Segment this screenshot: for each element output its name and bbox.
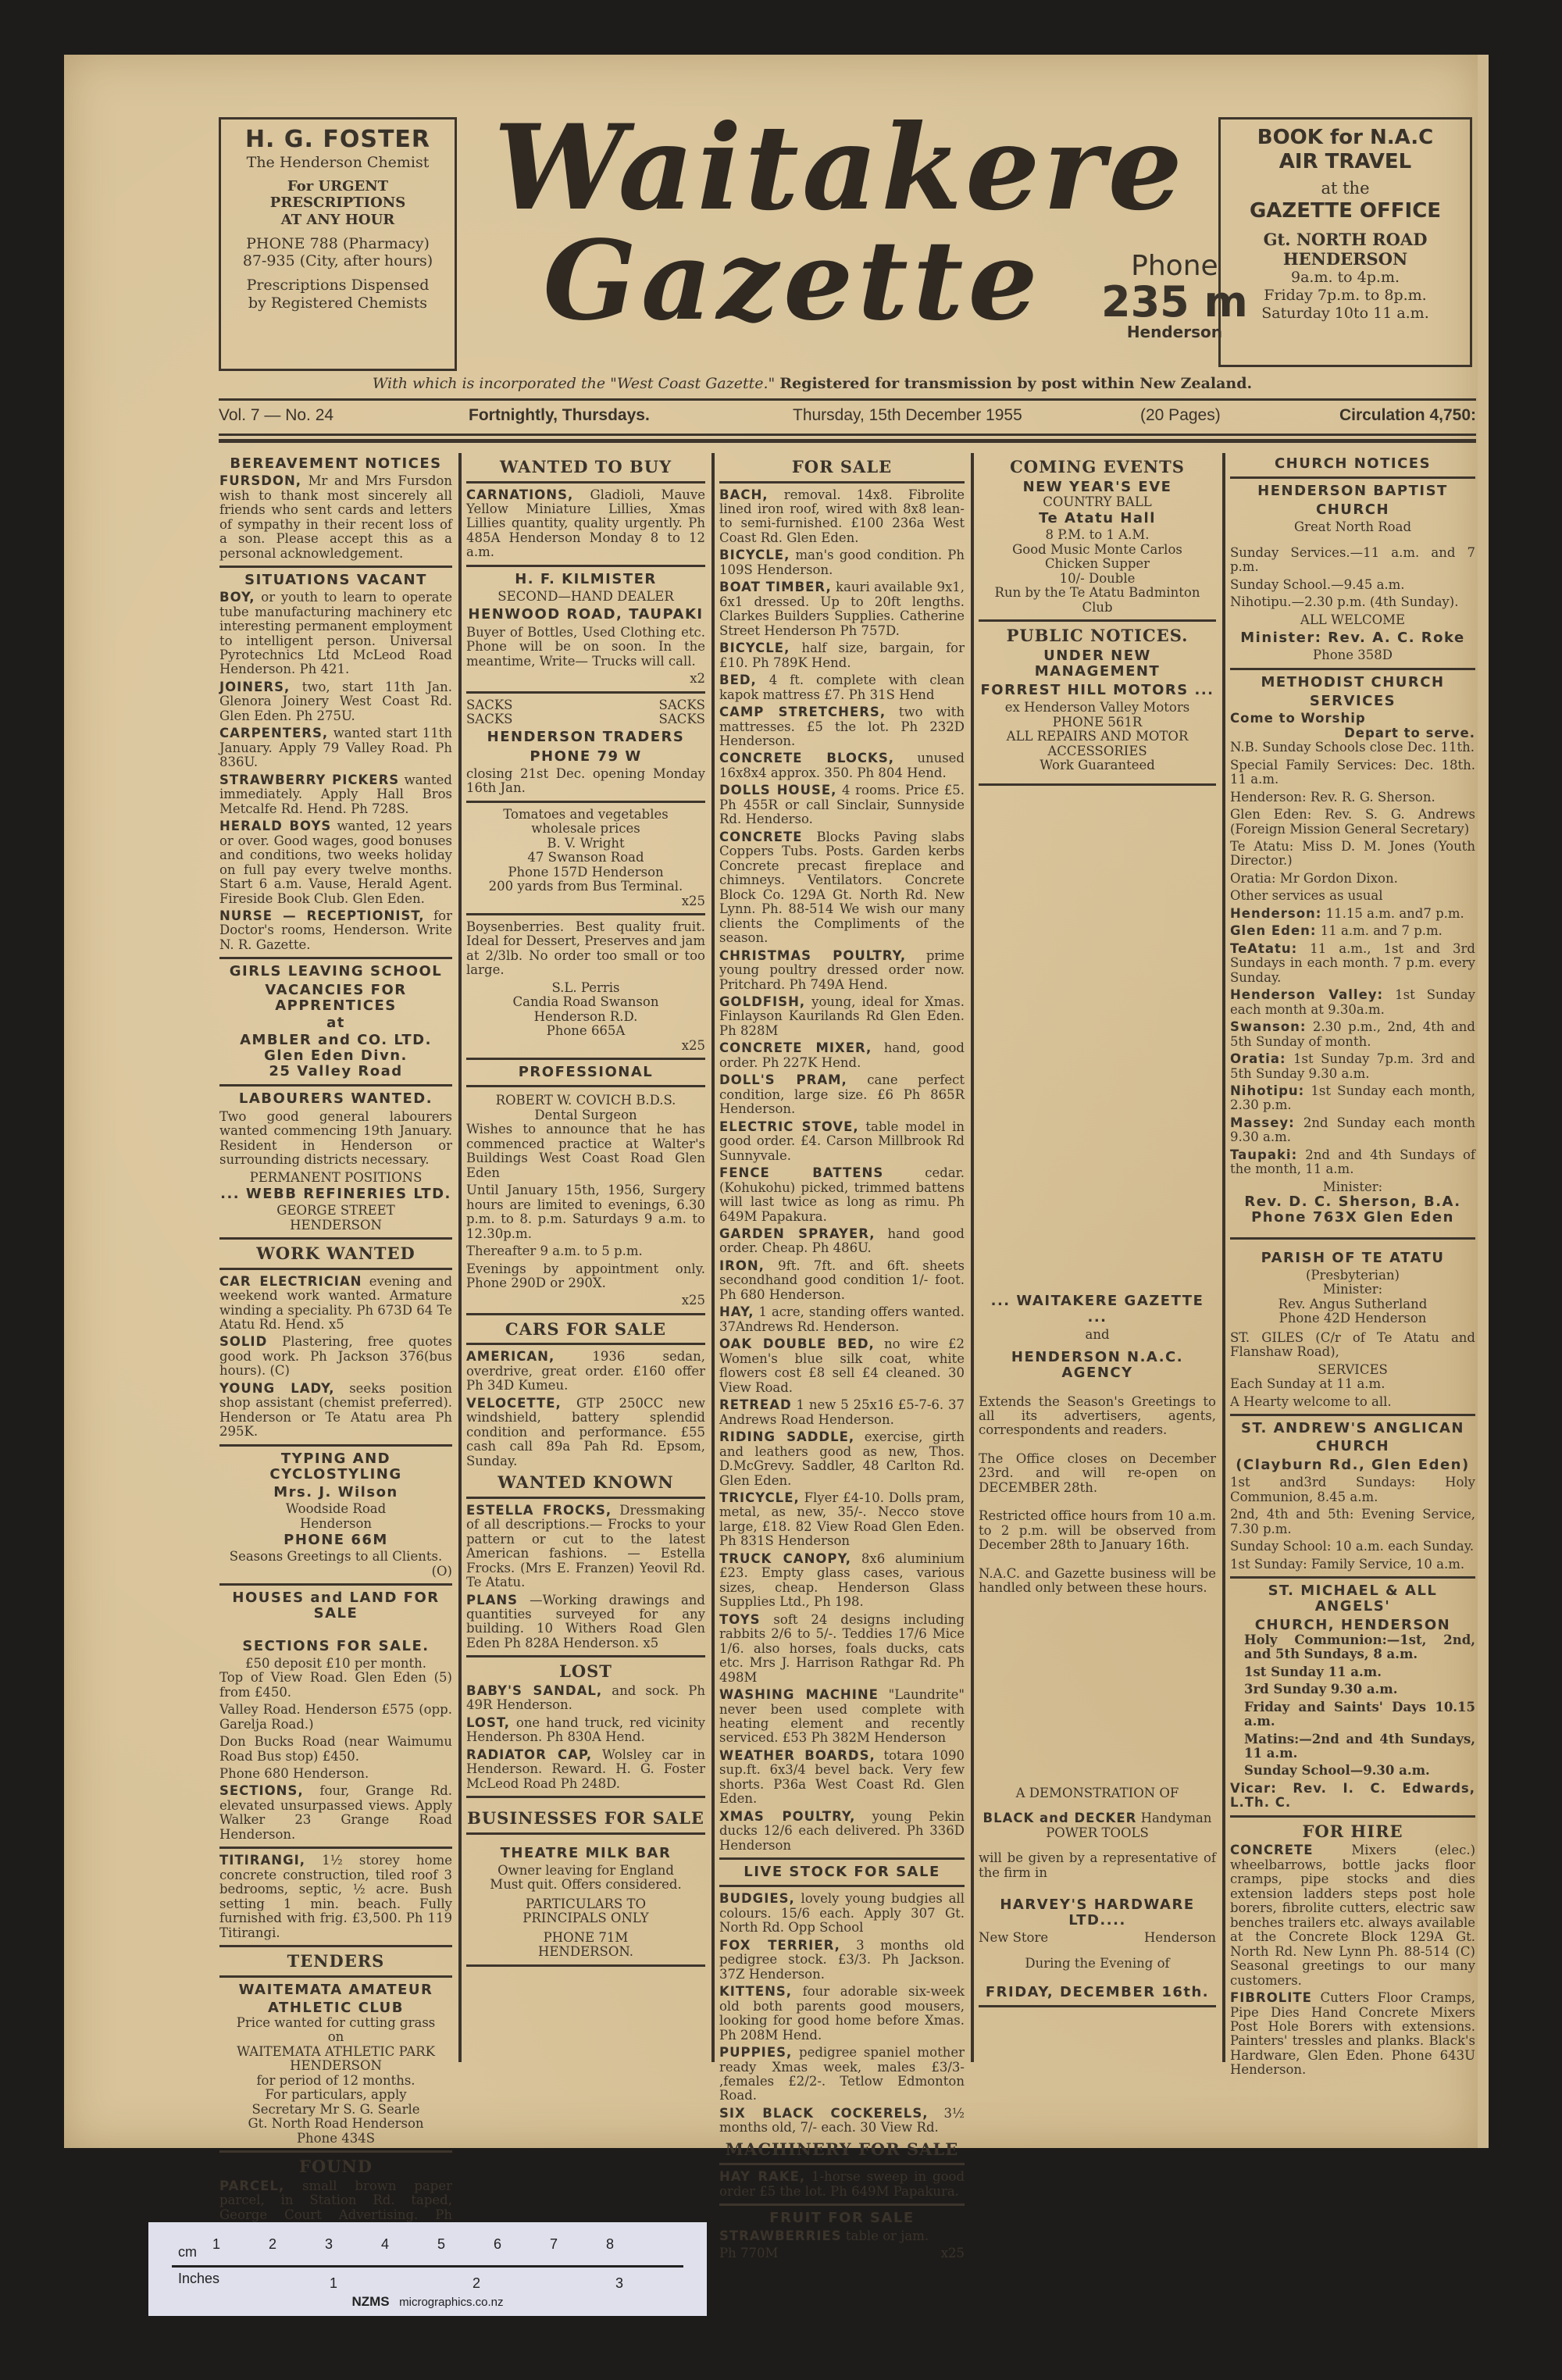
ad-date: FRIDAY, DECEMBER 16th. [979,1985,1216,2000]
divider [219,398,1476,401]
title-line-2: Gazette [375,227,1211,336]
notice-keyword: FURSDON, [219,473,301,488]
ad-line: Phone 665A [466,1024,705,1038]
listing-keyword: CONCRETE [1230,1843,1314,1857]
church-minister: Rev. Angus Sutherland [1230,1297,1475,1311]
ad-address: 25 Valley Road [219,1064,452,1079]
site: micrographics.co.nz [399,2296,503,2309]
listing-keyword: XMAS POULTRY, [719,1809,855,1824]
ad-line: Seasons Greetings to all Clients. [219,1550,452,1564]
cm-tick: 5 [437,2236,445,2253]
listing-keyword: CHRISTMAS POULTRY, [719,948,906,963]
ad-code: (O) [219,1565,452,1579]
divider [466,1655,705,1657]
cm-tick: 6 [494,2236,501,2253]
ad-line: Top of View Road. Glen Eden (5) from £45… [219,1671,452,1700]
page-count: (20 Pages) [1140,406,1221,425]
church-line: (Presbyterian) [1230,1269,1475,1283]
divider [466,801,705,803]
church-minister: Minister: Rev. A. C. Roke [1230,630,1475,646]
ad-heading: SECTIONS FOR SALE. [219,1639,452,1654]
listing: BICYCLE, half size, bargain, for £10. Ph… [719,641,965,670]
tagline-italic: With which is incorporated the "West Coa… [373,375,775,392]
ad-company: AMBLER and CO. LTD. [219,1033,452,1048]
ad-line: Glen Eden Divn. [219,1048,452,1064]
listing: ESTELLA FROCKS, Dressmaking of all descr… [466,1504,705,1590]
listing: HAY, 1 acre, standing offers wanted. 37A… [719,1305,965,1334]
ad-line: ALL REPAIRS AND MOTOR [979,730,1216,744]
church-address: Great North Road [1230,520,1475,534]
church-minister: Vicar: Rev. I. C. Edwards, L.Th. C. [1230,1782,1475,1811]
listing-keyword: FENCE BATTENS [719,1165,883,1180]
cm-tick: 2 [269,2236,276,2253]
ad-text: Thereafter 9 a.m. to 5 p.m. [466,1244,705,1258]
ad-line: Phone 157D Henderson [466,865,705,880]
ad-line: Mrs. J. Wilson [219,1485,452,1500]
church-address: ST. GILES (C/r of Te Atatu and Flanshaw … [1230,1331,1475,1360]
ad-line: HENDERSON. [466,1945,705,1959]
listing-text: table or jam. [846,2228,929,2243]
ad-code: x25 [466,1039,705,1053]
ad-line: Dental Surgeon [466,1108,705,1122]
column-2: WANTED TO BUY CARNATIONS, Gladioli, Mauv… [458,453,710,2062]
ad-text: Two good general labourers wanted commen… [219,1110,452,1168]
ad-line: SACKS [659,698,705,712]
ad-line: PERMANENT POSITIONS [219,1171,452,1185]
listing: JOINERS, two, start 11th Jan. Glenora Jo… [219,680,452,723]
listing-keyword: SOLID [219,1334,267,1349]
notice-heading: ... WAITAKERE GAZETTE ... [979,1293,1216,1325]
cm-label: cm [178,2244,197,2260]
listing: HERALD BOYS wanted, 12 years or over. Go… [219,819,452,906]
scale-ruler: cm Inches 12345678123 NZMS micrographics… [148,2222,707,2316]
divider [466,1497,705,1499]
ad-text: Until January 15th, 1956, Surgery hours … [466,1183,705,1241]
ad-text: Boysenberries. Best quality fruit. Ideal… [466,920,705,978]
listing-text: 11.15 a.m. and7 p.m. [1321,906,1464,921]
listing: RIDING SADDLE, exercise, girth and leath… [719,1430,965,1488]
ad-line: ex Henderson Valley Motors [979,701,1216,715]
nac-air-travel-ad: BOOK for N.A.C AIR TRAVEL at the GAZETTE… [1218,117,1472,367]
methodist-notes: N.B. Sunday Schools close Dec. 11th.Spec… [1230,740,1475,904]
brand: NZMS [351,2294,389,2309]
ad-heading: UNDER NEW MANAGEMENT [979,648,1216,680]
listing: SOLID Plastering, free quotes good work.… [219,1335,452,1378]
listing-keyword: IRON, [719,1258,765,1273]
circulation: Circulation 4,750: [1339,406,1476,425]
ad-line: on [219,2030,452,2044]
divider [1230,476,1475,479]
church-line: A Hearty welcome to all. [1230,1395,1475,1409]
divider [466,1796,705,1798]
listing: PLANS —Working drawings and quantities s… [466,1593,705,1651]
section-heading: PROFESSIONAL [466,1065,705,1080]
listing: BOAT TIMBER, kauri available 9x1, 6x1 dr… [719,580,965,638]
church-name: ST. MICHAEL & ALL ANGELS' [1230,1583,1475,1615]
divider [979,2005,1216,2007]
ad-line: WAITEMATA ATHLETIC PARK [219,2045,452,2059]
listing: VELOCETTE, GTP 250CC new windshield, bat… [466,1397,705,1468]
church-minister: Rev. D. C. Sherson, B.A. [1230,1194,1475,1210]
ad-line: SACKS [466,698,512,712]
church-motto: Depart to serve. [1230,726,1475,740]
ad-heading: WAITEMATA AMATEUR [219,1982,452,1998]
ad-line: AIR TRAVEL [1229,150,1462,174]
inch-tick: 1 [330,2275,337,2292]
listing-keyword: SECTIONS, [219,1783,304,1798]
live-stock-list: BUDGIES, lovely young budgies all colour… [719,1892,965,2136]
section-heading: BEREAVEMENT NOTICES [219,456,452,472]
ad-line: HENDERSON [219,2059,452,2073]
ad-heading: TYPING AND CYCLOSTYLING [219,1451,452,1483]
listing: Oratia: 1st Sunday 7p.m. 3rd and 5th Sun… [1230,1052,1475,1081]
section-heading: LIVE STOCK FOR SALE [719,1864,965,1880]
divider [1230,1815,1475,1818]
event-venue: Te Atatu Hall [979,511,1216,526]
listing: GOLDFISH, young, ideal for Xmas. Finlays… [719,995,965,1038]
listing: CARNATIONS, Gladioli, Mauve Yellow Minia… [466,488,705,560]
section-heading: FOR HIRE [1230,1822,1475,1841]
divider [219,1268,452,1270]
listing-keyword: RIDING SADDLE, [719,1429,854,1444]
section-heading: TENDERS [219,1952,452,1971]
listing: DOLLS HOUSE, 4 rooms. Price £5. Ph 455R … [719,783,965,826]
listing-keyword: Swanson: [1230,1019,1307,1034]
ad-text: Buyer of Bottles, Used Clothing etc. Pho… [466,626,705,669]
listing-keyword: KITTENS, [719,1984,792,1999]
column-4: COMING EVENTS NEW YEAR'S EVE COUNTRY BAL… [971,453,1221,2062]
text-line: Special Family Services: Dec. 18th. 11 a… [1230,758,1475,787]
ad-company: FORREST HILL MOTORS ... [979,683,1216,698]
listing: BUDGIES, lovely young budgies all colour… [719,1892,965,1935]
divider [719,2203,965,2206]
listing-keyword: BACH, [719,487,769,502]
listing: CAMP STRETCHERS, two with mattresses. £5… [719,705,965,748]
divider [466,1085,705,1087]
blank-space [979,1599,1216,1786]
column-3: FOR SALE BACH, removal. 14x8. Fibrolite … [711,453,969,2062]
listing-keyword: CONCRETE BLOCKS, [719,751,894,765]
divider [719,1885,965,1887]
section-heading: WORK WANTED [219,1244,452,1263]
listing: BOY, or youth to learn to operate tube m… [219,591,452,677]
listing: TOYS soft 24 designs including rabbits 2… [719,1613,965,1685]
ad-line: Work Guaranteed [979,758,1216,773]
divider [219,1847,452,1849]
listing: PUPPIES, pedigree spaniel mother ready X… [719,2046,965,2103]
ad-line: SACKS [659,712,705,726]
listing-keyword: Henderson: [1230,906,1321,921]
inch-tick: 3 [615,2275,623,2292]
divider [1230,1414,1475,1416]
listing-keyword: GARDEN SPRAYER, [719,1226,876,1241]
listing-keyword: BICYCLE, [719,548,790,562]
church-phone: Phone 358D [1230,648,1475,662]
ad-hours: Saturday 10to 11 a.m. [1229,305,1462,323]
service-time: Sunday School.—9.45 a.m. [1230,578,1475,592]
listing-text: 1 acre, standing offers wanted. 37Andrew… [719,1304,965,1333]
section-heading: COMING EVENTS [979,458,1216,476]
listing: IRON, 9ft. 7ft. and 6ft. sheets secondha… [719,1259,965,1302]
section-heading: WANTED TO BUY [466,458,705,476]
ad-heading: APPRENTICES [219,998,452,1014]
listing-text: Mixers (elec.) wheelbarrows, bottle jack… [1230,1843,1475,1987]
ad-heading: LABOURERS WANTED. [219,1091,452,1107]
text-line: Oratia: Mr Gordon Dixon. [1230,872,1475,886]
cm-tick: 7 [550,2236,558,2253]
divider [719,2163,965,2165]
listing-keyword: BUDGIES, [719,1891,795,1906]
ad-phone: Phone 434S [219,2132,452,2146]
ad-heading: GIRLS LEAVING SCHOOL [219,964,452,979]
listing-keyword: ELECTRIC STOVE, [719,1119,859,1134]
listing-keyword: ESTELLA FROCKS, [466,1503,612,1518]
church-name: CHURCH [1230,1439,1475,1454]
listing-keyword: YOUNG LADY, [219,1381,335,1396]
ad-line: 200 yards from Bus Terminal. [466,880,705,894]
listing-keyword: BABY'S SANDAL, [466,1683,602,1698]
church-line: Minister: [1230,1180,1475,1194]
listing: HAY RAKE, 1-horse sweep in good order £5… [719,2170,965,2199]
service-time: Sunday Services.—11 a.m. and 7 p.m. [1230,546,1475,575]
divider [219,1583,452,1586]
listing: Glen Eden: 11 a.m. and 7 p.m. [1230,924,1475,938]
ad-hours: Friday 7p.m. to 8p.m. [1229,287,1462,305]
church-address: (Clayburn Rd., Glen Eden) [1230,1458,1475,1473]
listing-keyword: BOY, [219,590,255,605]
listing: SECTIONS, four, Grange Rd. elevated unsu… [219,1784,452,1842]
listing-keyword: FOX TERRIER, [719,1938,840,1953]
listing: KITTENS, four adorable six-week old both… [719,1985,965,2043]
ad-line: BLACK and DECKER Handyman [979,1811,1216,1825]
listing: SIX BLACK COCKERELS, 3½ months old, 7/- … [719,2107,965,2136]
divider [466,1343,705,1345]
methodist-times: Henderson: 11.15 a.m. and7 p.m.Glen Eden… [1230,907,1475,1177]
ad-line: Handyman [1141,1811,1212,1825]
section-heading: SITUATIONS VACANT [219,573,452,588]
text-line: 1st Sunday 11 a.m. [1244,1665,1475,1679]
ad-line: B. V. Wright [466,837,705,851]
listing: CONCRETE MIXER, hand, good order. Ph 227… [719,1041,965,1070]
ad-heading: VACANCIES FOR [219,983,452,998]
church-name: HENDERSON BAPTIST [1230,483,1475,499]
text-line: 1st and3rd Sundays: Holy Communion, 8.45… [1230,1475,1475,1504]
section-heading: FOR SALE [719,458,965,476]
text-line: N.B. Sunday Schools close Dec. 11th. [1230,740,1475,755]
event-title: NEW YEAR'S EVE [979,480,1216,495]
divider [719,1857,965,1860]
divider [466,691,705,694]
listing-text: 11 a.m. and 7 p.m. [1317,923,1443,938]
text-line: Henderson: Rev. R. G. Sherson. [1230,790,1475,805]
ad-line: BOOK for N.A.C [1229,126,1462,150]
listing: STRAWBERRY PICKERS wanted immediately. A… [219,773,452,816]
ad-line: Owner leaving for England [466,1864,705,1878]
church-name: CHURCH, HENDERSON [1230,1618,1475,1633]
listing-text: 4 ft. complete with clean kapok mattress… [719,673,965,701]
listing: STRAWBERRIES table or jam. [719,2229,965,2243]
listing-keyword: HAY RAKE, [719,2169,805,2184]
divider [979,783,1216,786]
ad-line: Tomatoes and vegetables [466,808,705,822]
listing: BABY'S SANDAL, and sock. Ph 49R Henderso… [466,1684,705,1713]
section-heading: BUSINESSES FOR SALE [466,1809,705,1828]
section-heading: WANTED KNOWN [466,1473,705,1492]
ad-heading: HENDERSON TRADERS [466,730,705,745]
ad-line: New Store [979,1931,1048,1945]
listing: RETREAD 1 new 5 25x16 £5-7-6. 37 Andrews… [719,1398,965,1427]
listing-keyword: GOLDFISH, [719,994,805,1009]
listing-keyword: STRAWBERRY PICKERS [219,773,399,787]
ad-line: 47 Swanson Road [466,851,705,865]
for-sale-list: BACH, removal. 14x8. Fibrolite lined iro… [719,488,965,1854]
listing: DOLL'S PRAM, cane perfect condition, lar… [719,1073,965,1116]
listing-keyword: WASHING MACHINE [719,1687,879,1702]
ad-company: HARVEY'S HARDWARE LTD.... [979,1897,1216,1929]
listing: ELECTRIC STOVE, table model in good orde… [719,1120,965,1163]
listing-keyword: VELOCETTE, [466,1396,562,1411]
ad-address: HENDERSON [219,1219,452,1233]
listing: WASHING MACHINE "Laundrite" never been u… [719,1688,965,1746]
church-name: METHODIST CHURCH [1230,675,1475,690]
event-line: Run by the Te Atatu Badminton Club [979,586,1216,615]
listing-keyword: SIX BLACK COCKERELS, [719,2106,928,2121]
ad-line: £50 deposit £10 per month. [219,1657,452,1671]
ad-line: at the [1229,179,1462,198]
ad-heading: ATHLETIC CLUB [219,2000,452,2016]
ad-hours: 9a.m. to 4p.m. [1229,269,1462,287]
church-line: Minister: [1230,1283,1475,1297]
ad-address: GEORGE STREET [219,1204,452,1218]
listing-keyword: RETREAD [719,1397,792,1412]
ad-line: Secretary Mr S. G. Searle [219,2103,452,2117]
listing: OAK DOUBLE BED, no wire £2 Women's blue … [719,1337,965,1395]
listing: AMERICAN, 1936 sedan, overdrive, great o… [466,1350,705,1393]
section-heading: MACHINERY FOR SALE [719,2140,965,2159]
divider [1230,1237,1475,1240]
notice-heading: HENDERSON N.A.C. AGENCY [979,1350,1216,1381]
divider [219,439,1476,443]
divider [219,1444,452,1447]
divider [219,1975,452,1978]
church-motto: Come to Worship [1230,712,1475,726]
section-heading: FRUIT FOR SALE [719,2211,965,2226]
divider [466,1313,705,1315]
ad-text: closing 21st Dec. opening Monday 16th Ja… [466,767,705,796]
listing-keyword: TRUCK CANOPY, [719,1551,851,1566]
text-line: 2nd, 4th and 5th: Evening Service, 7.30 … [1230,1508,1475,1536]
listing-keyword: TITIRANGI, [219,1853,305,1868]
ruler-logo: NZMS micrographics.co.nz [148,2294,707,2310]
ad-line: PRESCRIPTIONS [229,194,447,212]
ad-line: for period of 12 months. [219,2074,452,2088]
listing-keyword: WEATHER BOARDS, [719,1748,876,1763]
listing: RADIATOR CAP, Wolsley car in Henderson. … [466,1748,705,1791]
newspaper-title: Waitakere Gazette [469,109,1211,336]
listing: FOX TERRIER, 3 months old pedigree stock… [719,1939,965,1982]
ad-heading: THEATRE MILK BAR [466,1846,705,1861]
divider [1230,1576,1475,1579]
ad-text: Wishes to announce that he has commenced… [466,1122,705,1180]
divider [219,1084,452,1087]
ruler-bar [172,2265,683,2268]
listing: FIBROLITE Cutters Floor Cramps, Pipe Die… [1230,1991,1475,2078]
ad-line: Henderson [1144,1931,1216,1945]
text-line: Other services as usual [1230,889,1475,903]
text-line: Sunday School—9.30 a.m. [1244,1764,1475,1778]
church-line: SERVICES [1230,1363,1475,1377]
church-phone: Phone 42D Henderson [1230,1311,1475,1326]
divider [466,913,705,915]
text-line: Holy Communion:—1st, 2nd, and 5th Sunday… [1244,1633,1475,1662]
listing-keyword: RADIATOR CAP, [466,1747,592,1762]
listing: BED, 4 ft. complete with clean kapok mat… [719,673,965,702]
divider [979,619,1216,622]
listing-keyword: JOINERS, [219,680,290,694]
divider [1230,668,1475,670]
ad-text: Evenings by appointment only. Phone 290D… [466,1262,705,1291]
divider [719,481,965,483]
volume-number: Vol. 7 — No. 24 [219,406,333,425]
divider [219,957,452,959]
listing: WEATHER BOARDS, totara 1090 sup.ft. 6x3/… [719,1749,965,1807]
inch-tick: 2 [473,2275,480,2292]
church-name: SERVICES [1230,694,1475,709]
column-5: CHURCH NOTICES HENDERSON BAPTIST CHURCH … [1222,453,1480,2062]
listing: TITIRANGI, 1½ storey home concrete const… [219,1854,452,1940]
listing: CONCRETE Blocks Paving slabs Coppers Tub… [719,830,965,946]
blank-space [979,790,1216,1290]
ad-line: GAZETTE OFFICE [1229,199,1462,223]
sacks-row: SACKSSACKS [466,712,705,726]
ad-code: x25 [466,894,705,908]
ad-subtitle: The Henderson Chemist [229,154,447,172]
ad-line: S.L. Perris [466,981,705,995]
listing: FENCE BATTENS cedar. (Kohukohu) picked, … [719,1166,965,1224]
listing-keyword: BICYCLE, [719,640,790,655]
text-line: Friday and Saints' Days 10.15 a.m. [1244,1700,1475,1729]
listing-keyword: HERALD BOYS [219,819,331,833]
ad-heading: ROBERT W. COVICH B.D.S. [466,1094,705,1108]
ad-code: x25 [466,1293,705,1308]
listing-keyword: CARPENTERS, [219,726,328,740]
section-heading: FOUND [219,2157,452,2176]
ad-phone: PHONE 561R [979,715,1216,730]
ad-line: at [219,1015,452,1031]
ad-heading: H. F. KILMISTER [466,572,705,587]
ad-line: New StoreHenderson [979,1931,1216,1945]
ad-line: SECOND—HAND DEALER [466,590,705,604]
listing: GARDEN SPRAYER, hand good order. Cheap. … [719,1227,965,1256]
notice-line: and [979,1328,1216,1342]
text-line: 3rd Sunday 9.30 a.m. [1244,1682,1475,1697]
listing-keyword: Glen Eden: [1230,923,1317,938]
ad-line: Must quit. Offers considered. [466,1878,705,1892]
listing: LOST, one hand truck, red vicinity Hende… [466,1716,705,1745]
listing-text: Blocks Paving slabs Coppers Tubs. Posts.… [719,830,965,945]
service-time: Nihotipu.—2.30 p.m. (4th Sunday). [1230,595,1475,609]
divider [466,565,705,567]
ad-line: HENDERSON [1229,249,1462,269]
section-heading: CHURCH NOTICES [1230,456,1475,472]
text-line: Glen Eden: Rev. S. G. Andrews (Foreign M… [1230,808,1475,837]
event-line: Good Music Monte Carlos [979,543,1216,557]
listing: Henderson Valley: 1st Sunday each month … [1230,988,1475,1017]
ad-name: H. G. FOSTER [229,126,447,154]
listing-keyword: Massey: [1230,1115,1295,1130]
listing-keyword: PUPPIES, [719,2045,792,2060]
listing-keyword: STRAWBERRIES [719,2228,842,2243]
